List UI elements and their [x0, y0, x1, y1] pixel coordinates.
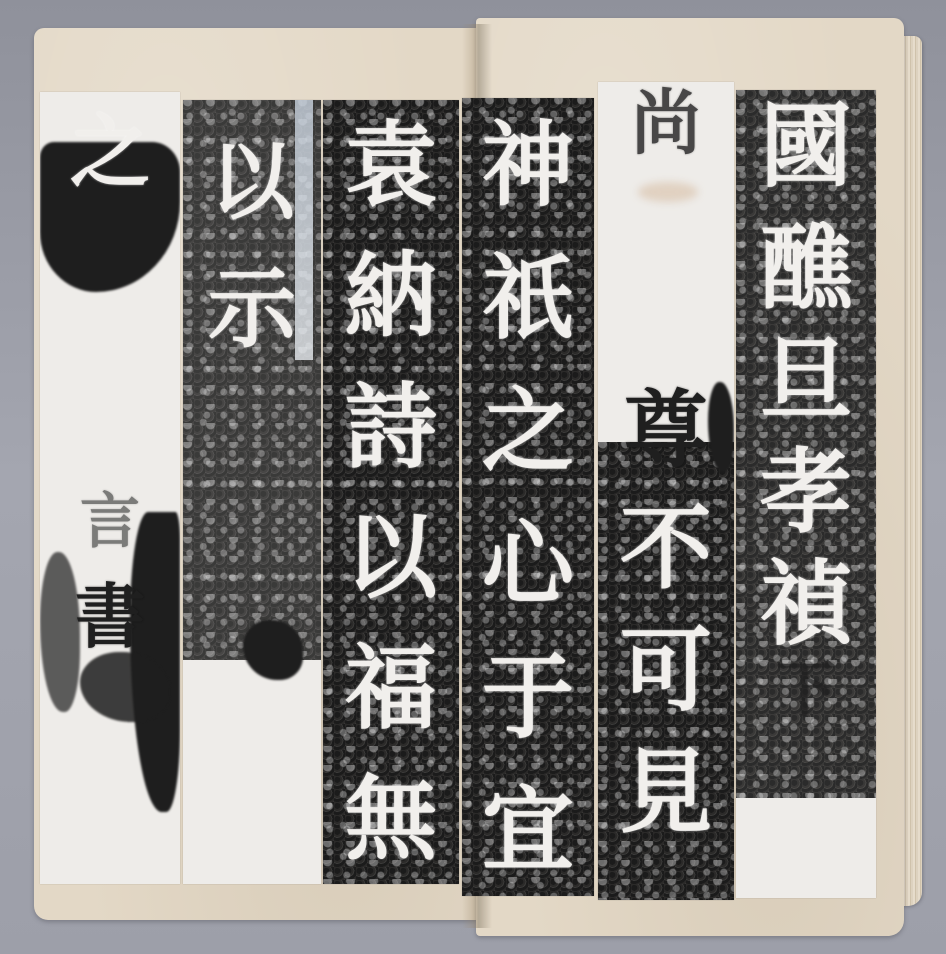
- rubbing-character: 袁: [345, 119, 437, 211]
- rubbing-character: 無: [345, 773, 437, 865]
- rubbing-strip-r1: 神 祇 之 心 于 宜: [462, 98, 594, 896]
- rubbing-character: 神: [482, 119, 574, 211]
- rubbing-strip-l3: 袁 納 詩 以 福 無: [323, 100, 459, 884]
- rubbing-character: 禎: [760, 558, 852, 650]
- rubbing-character: 以: [210, 140, 294, 224]
- rubbing-character: 書: [75, 582, 145, 652]
- rubbing-character: 福: [345, 642, 437, 734]
- rubbing-character: 尊: [624, 388, 708, 472]
- rubbing-character: 國: [760, 100, 852, 192]
- rubbing-character: 納: [345, 250, 437, 342]
- rubbing-character: 旦: [760, 334, 852, 426]
- rubbing-character: 不: [620, 502, 712, 594]
- rubbing-character: 于: [482, 651, 574, 743]
- rubbing-character: 孝: [760, 446, 852, 538]
- rubbing-strip-l2: 以 示: [183, 100, 321, 884]
- rubbing-strip-r3: 國 醮 旦 孝 禎 下: [736, 90, 876, 898]
- photo-scene: 之 言 書 以 示 袁 納 詩 以 福 無 神 祇 之: [0, 0, 946, 954]
- rubbing-character: 以: [345, 511, 437, 603]
- rubbing-character: 祇: [482, 252, 574, 344]
- rubbing-character: 言: [80, 492, 140, 552]
- rubbing-character: 可: [620, 624, 712, 716]
- rubbing-character: 心: [482, 518, 574, 610]
- rubbing-strip-l1: 之 言 書: [40, 92, 180, 884]
- rubbing-character: 之: [482, 385, 574, 477]
- rubbing-character: 詩: [345, 381, 437, 473]
- rubbing-character: 見: [620, 746, 712, 838]
- rubbing-character: 尚: [631, 88, 701, 158]
- rubbing-character: 下: [776, 660, 836, 720]
- rubbing-character: 之: [70, 112, 150, 192]
- rubbing-character: 示: [208, 264, 296, 352]
- rubbing-character: 宜: [482, 784, 574, 876]
- rubbing-strip-r2: 尚 尊 不 可 見: [598, 82, 734, 900]
- rubbing-character: 醮: [760, 222, 852, 314]
